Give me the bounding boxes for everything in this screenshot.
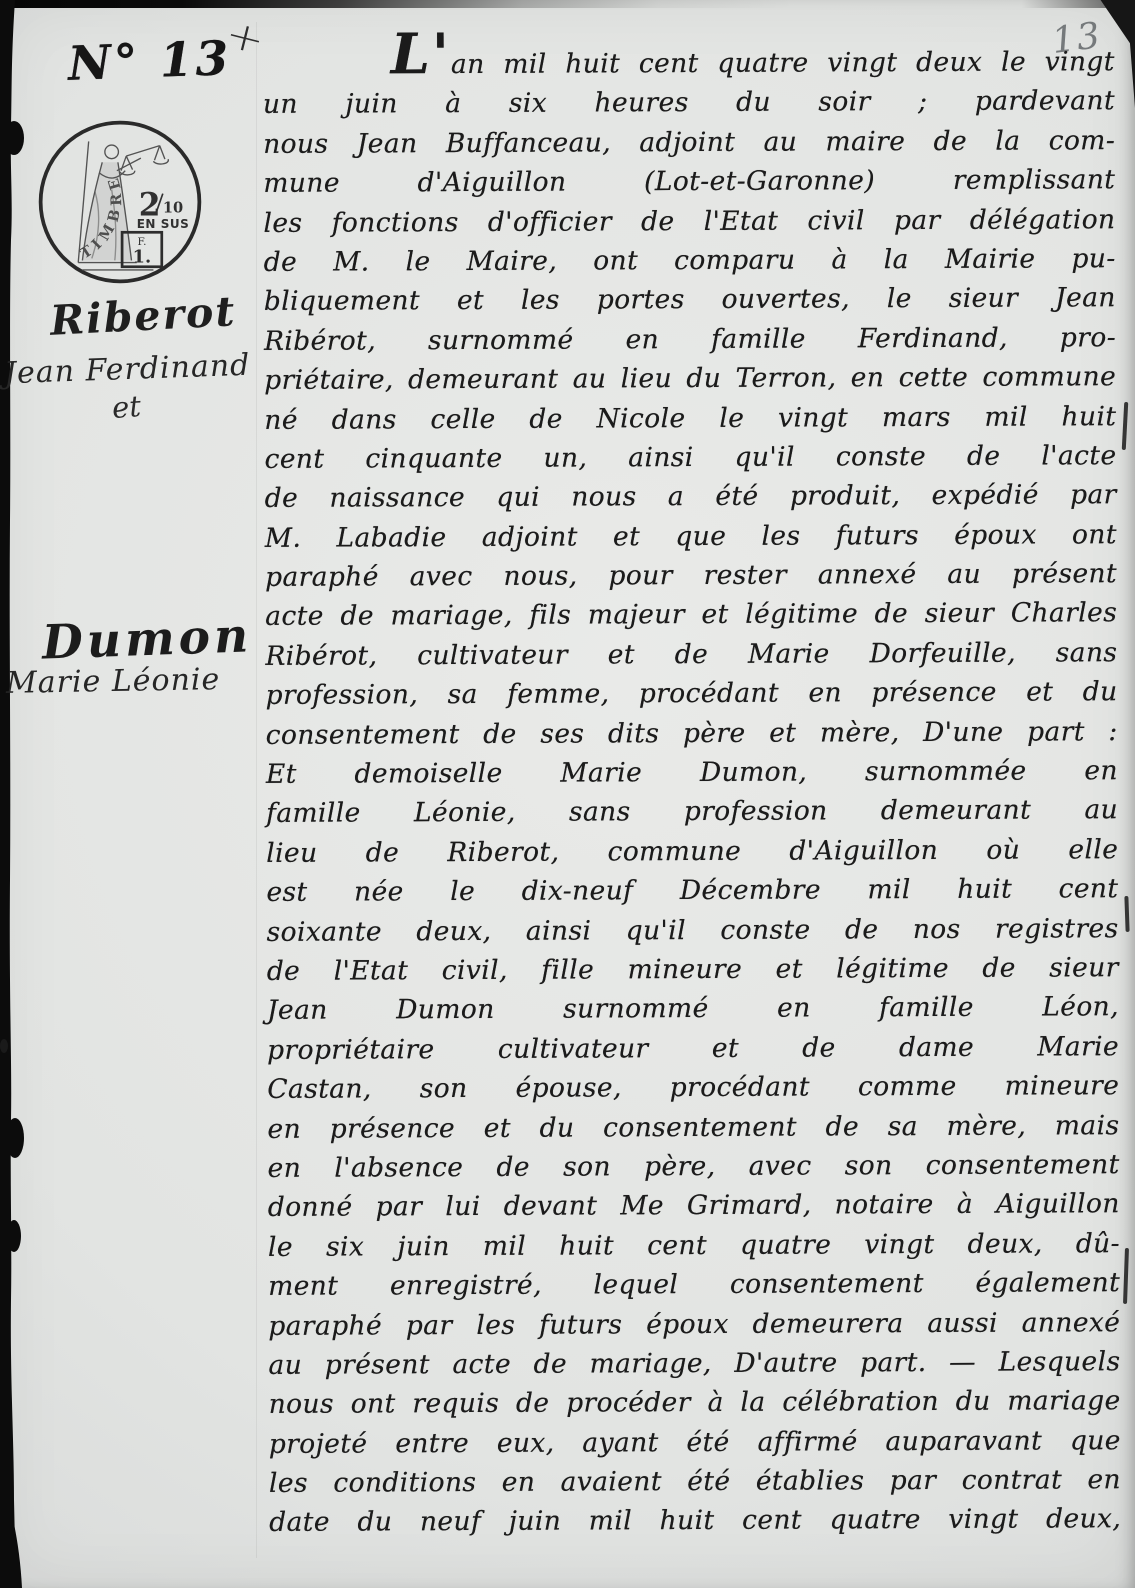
manuscript-line: date du neuf juin mil huit cent quatre v…	[269, 1500, 1121, 1543]
manuscript-line: donné par lui devant Me Grimard, notaire…	[268, 1184, 1120, 1227]
manuscript-line: projeté entre eux, ayant été affirmé aup…	[269, 1421, 1121, 1464]
manuscript-line: au présent acte de mariage, D'autre part…	[268, 1342, 1120, 1385]
svg-text:1.: 1.	[133, 247, 152, 268]
manuscript-line: acte de mariage, fils majeur et légitime…	[265, 594, 1117, 637]
fold-mark	[1123, 1248, 1129, 1304]
manuscript-line: de l'Etat civil, fille mineure et légiti…	[267, 948, 1119, 991]
manuscript-line: profession, sa femme, procédant en prése…	[265, 672, 1117, 715]
manuscript-line: nous ont requis de procéder à la célébra…	[269, 1381, 1121, 1424]
act-number: N° 13	[67, 31, 232, 92]
registry-page: N° 13 + 13 TIMBRE	[0, 0, 1135, 1588]
manuscript-line: soixante deux, ainsi qu'il conste de nos…	[267, 909, 1119, 952]
manuscript-line: de M. le Maire, ont comparu à la Mairie …	[264, 239, 1116, 282]
manuscript-line: ment enregistré, lequel consentement éga…	[268, 1263, 1120, 1306]
manuscript-line: en présence et du consentement de sa mèr…	[267, 1106, 1119, 1149]
fold-mark	[1124, 896, 1129, 932]
stamp-surcharge: EN SUS	[137, 217, 190, 231]
manuscript-line: Ribérot, cultivateur et de Marie Dorfeui…	[265, 633, 1117, 676]
manuscript-line: cent cinquante un, ainsi qu'il conste de…	[264, 436, 1116, 479]
manuscript-line: Ribérot, surnommé en famille Ferdinand, …	[264, 318, 1116, 361]
scan-edge-top	[0, 0, 1135, 8]
manuscript-line: de naissance qui nous a été produit, exp…	[265, 475, 1117, 518]
manuscript-line: famille Léonie, sans profession demeuran…	[266, 791, 1118, 834]
margin-note-bride-given-names: Marie Léonie	[6, 662, 221, 701]
manuscript-line: un juin à six heures du soir ; pardevant	[263, 82, 1115, 125]
manuscript-line: mune d'Aiguillon (Lot-et-Garonne) rempli…	[263, 160, 1115, 203]
manuscript-line: paraphé par les futurs époux demeurera a…	[268, 1303, 1120, 1346]
margin-rule	[256, 22, 257, 1558]
manuscript-line: Et demoiselle Marie Dumon, surnommée en	[266, 751, 1118, 794]
act-body: L'an mil huit cent quatre vingt deux le …	[263, 42, 1122, 1543]
manuscript-line: lieu de Riberot, commune d'Aiguillon où …	[266, 830, 1118, 873]
manuscript-line: les conditions en avaient été établies p…	[269, 1460, 1121, 1503]
margin-note-groom-given-names: Jean Ferdinand	[3, 348, 250, 392]
manuscript-line: les fonctions d'officier de l'Etat civil…	[263, 200, 1115, 243]
manuscript-line: paraphé avec nous, pour rester annexé au…	[265, 554, 1117, 597]
manuscript-line: consentement de ses dits père et mère, D…	[266, 712, 1118, 755]
manuscript-line: bliquement et les portes ouvertes, le si…	[264, 278, 1116, 321]
margin-note-bride-surname: Dumon	[41, 608, 253, 670]
manuscript-line: est née le dix-neuf Décembre mil huit ce…	[266, 869, 1118, 912]
manuscript-line: Castan, son épouse, procédant comme mine…	[267, 1066, 1119, 1109]
stamp-rate: 2 10 EN SUS	[137, 188, 190, 232]
manuscript-line: né dans celle de Nicole le vingt mars mi…	[264, 397, 1116, 440]
svg-text:10: 10	[163, 199, 183, 216]
manuscript-line: L'an mil huit cent quatre vingt deux le …	[263, 42, 1115, 85]
manuscript-line: propriétaire cultivateur et de dame Mari…	[267, 1027, 1119, 1070]
fold-mark	[1122, 402, 1129, 450]
manuscript-line: priétaire, demeurant au lieu du Terron, …	[264, 357, 1116, 400]
margin-note-groom-surname: Riberot	[49, 287, 238, 345]
margin-note-conjunction: et	[111, 389, 142, 425]
manuscript-line: en l'absence de son père, avec son conse…	[268, 1145, 1120, 1188]
manuscript-line: M. Labadie adjoint et que les futurs épo…	[265, 515, 1117, 558]
revenue-stamp: TIMBRE 2 10 EN SUS	[26, 108, 214, 296]
manuscript-line: Jean Dumon surnommé en famille Léon,	[267, 988, 1119, 1031]
manuscript-line: le six juin mil huit cent quatre vingt d…	[268, 1224, 1120, 1267]
manuscript-line: nous Jean Buffanceau, adjoint au maire d…	[263, 121, 1115, 164]
